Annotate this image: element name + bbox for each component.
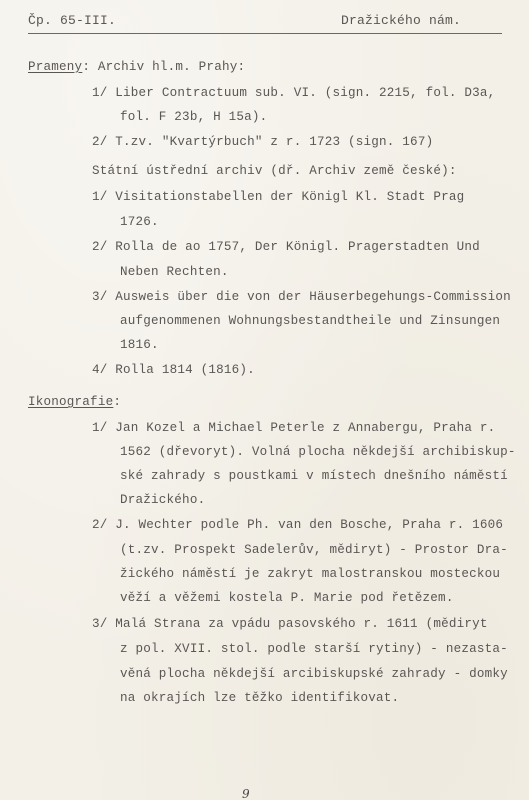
source-line: Neben Rechten.: [120, 264, 229, 280]
source-line: 1/ Visitationstabellen der Königl Kl. St…: [92, 189, 464, 205]
iconography-line: ské zahrady s poustkami v místech dnešní…: [120, 468, 508, 484]
iconography-line: věží a věžemi kostela P. Marie pod řetěz…: [120, 590, 454, 606]
source-line: 2/ T.zv. "Kvartýrbuch" z r. 1723 (sign. …: [92, 134, 433, 150]
iconography-line: věná plocha někdejší arcibiskupské zahra…: [120, 666, 508, 682]
colon: :: [82, 60, 98, 74]
source-line: 2/ Rolla de ao 1757, Der Königl. Pragers…: [92, 239, 480, 255]
iconography-line: 3/ Malá Strana za vpádu pasovského r. 16…: [92, 616, 488, 632]
document-page: Čp. 65-III. Dražického nám. Prameny: Arc…: [0, 0, 529, 800]
iconography-line: 2/ J. Wechter podle Ph. van den Bosche, …: [92, 517, 503, 533]
source-line: aufgenommenen Wohnungsbestandtheile und …: [120, 313, 500, 329]
archive1-title: Archiv hl.m. Prahy:: [98, 60, 245, 74]
iconography-line: Dražického.: [120, 492, 205, 508]
iconography-line: (t.zv. Prospekt Sadelerův, mědiryt) - Pr…: [120, 542, 508, 558]
source-line: 1816.: [120, 337, 159, 353]
source-line: 1726.: [120, 214, 159, 230]
source-line: 3/ Ausweis über die von der Häuserbegehu…: [92, 289, 511, 305]
source-line: 1/ Liber Contractuum sub. VI. (sign. 221…: [92, 85, 495, 101]
source-line: fol. F 23b, H 15a).: [120, 109, 267, 125]
iconography-line: 1/ Jan Kozel a Michael Peterle z Annaber…: [92, 420, 495, 436]
iconography-line: 1562 (dřevoryt). Volná plocha někdejší a…: [120, 444, 516, 460]
header-rule: [28, 33, 502, 35]
header-street: Dražického nám.: [341, 13, 461, 29]
header-house-number: Čp. 65-III.: [28, 13, 116, 29]
source-line: 4/ Rolla 1814 (1816).: [92, 362, 255, 378]
iconography-line: na okrajích lze těžko identifikovat.: [120, 690, 399, 706]
iconography-line: žického náměstí je zakryt malostranskou …: [120, 566, 500, 582]
archive2-title: Státní ústřední archiv (dř. Archiv země …: [92, 163, 457, 179]
ikonografie-label: Ikonografie: [28, 395, 113, 409]
prameny-heading: Prameny: Archiv hl.m. Prahy:: [28, 59, 245, 75]
prameny-label: Prameny: [28, 60, 82, 74]
ikonografie-heading: Ikonografie:: [28, 394, 121, 410]
page-number: 9: [242, 787, 250, 800]
iconography-line: z pol. XVII. stol. podle starší rytiny) …: [120, 641, 508, 657]
colon: :: [113, 395, 121, 409]
